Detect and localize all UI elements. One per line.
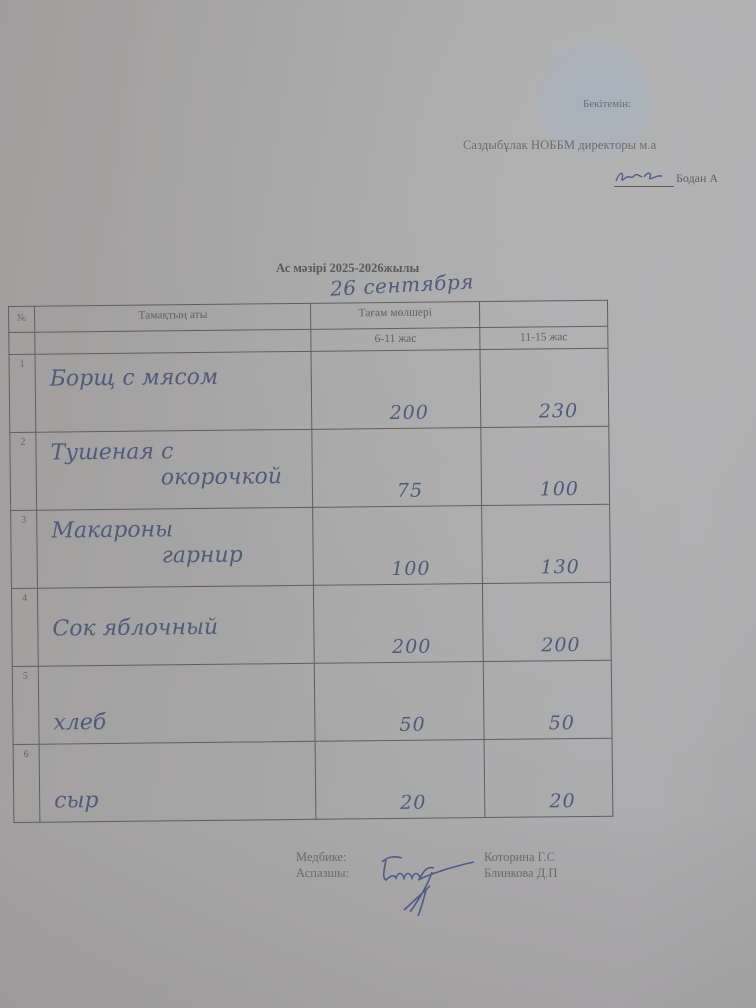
portion-6-11: 20 — [317, 791, 484, 815]
portion-11-15: 200 — [483, 634, 610, 657]
portion-6-11: 200 — [313, 401, 480, 425]
portion-11-15: 100 — [482, 478, 609, 501]
table-row: 6 сыр 20 20 — [13, 738, 613, 822]
row-number: 1 — [10, 359, 35, 370]
subheader-empty-cell — [35, 329, 312, 354]
header-age-group-2: 11-15 жас — [480, 327, 607, 349]
header-number: № — [9, 307, 34, 331]
dish-name-line1: Борщ с мясом — [50, 365, 219, 393]
header-portion: Тағам мөлшері — [311, 302, 478, 324]
header-dish-name: Тамақтың аты — [35, 304, 311, 327]
cook-name: Блинкова Д.П — [484, 866, 557, 881]
dish-name-line2: гарнир — [52, 543, 243, 571]
nurse-name: Которина Г.С — [484, 850, 555, 865]
portion-6-11: 50 — [316, 713, 483, 737]
portion-11-15: 20 — [485, 790, 612, 813]
portion-11-15: 130 — [482, 556, 609, 579]
dish-name-line1: Макароны — [51, 517, 242, 545]
table-row: 5 хлеб 50 50 — [12, 660, 612, 744]
row-number: 5 — [13, 671, 38, 682]
subheader-empty-cell — [9, 332, 35, 354]
dish-name-line1: сыр — [54, 787, 164, 814]
dish-name: Борщ с мясом — [50, 365, 219, 393]
director-signature-block: Бодан А — [612, 165, 756, 191]
dish-name-line1: Сок яблочный — [52, 615, 218, 643]
dish-name-line1: хлеб — [53, 709, 163, 736]
nurse-label: Медбике: — [296, 850, 347, 865]
dish-name: хлеб — [53, 709, 163, 736]
dish-name: Сок яблочный — [52, 615, 218, 643]
director-name: Бодан А — [676, 171, 718, 186]
portion-6-11: 200 — [315, 635, 482, 659]
director-title: Саздыбұлак НОББМ директоры м.а — [463, 138, 656, 153]
dish-name: сыр — [54, 787, 164, 814]
table-row: 1 Борщ с мясом 200 230 — [9, 348, 609, 432]
dish-name-line2: окорочкой — [51, 464, 282, 492]
portion-11-15: 50 — [484, 712, 611, 735]
dish-name-line1: Тушеная с — [50, 438, 281, 466]
signature-line — [614, 186, 674, 187]
header-number-cell: № — [9, 306, 35, 332]
portion-6-11: 75 — [313, 479, 480, 503]
cook-signature-icon — [374, 850, 494, 920]
portion-11-15: 230 — [481, 400, 608, 423]
portion-6-11: 100 — [314, 557, 481, 581]
subheader-age-2-cell: 11-15 жас — [480, 326, 608, 349]
header-dish-cell: Тамақтың аты — [35, 303, 312, 332]
row-number: 3 — [11, 515, 36, 526]
cook-label: Аспазшы: — [296, 866, 349, 881]
row-number: 4 — [12, 593, 37, 604]
approval-label: Бекітемін: — [583, 98, 631, 110]
row-number: 2 — [10, 437, 35, 448]
director-signature-icon — [612, 165, 676, 187]
table-row: 3 Макароны гарнир 100 130 — [11, 504, 611, 588]
header-age-group-1: 6-11 жас — [312, 328, 479, 351]
subheader-age-1-cell: 6-11 жас — [311, 328, 479, 352]
dish-name: Тушеная с окорочкой — [50, 438, 282, 492]
row-number: 6 — [14, 749, 39, 760]
signatures-footer: Медбике: Которина Г.С Аспазшы: Блинкова … — [296, 850, 616, 920]
header-empty-cell — [479, 300, 608, 327]
table-row: 2 Тушеная с окорочкой 75 100 — [10, 426, 610, 510]
dish-name: Макароны гарнир — [51, 517, 243, 571]
header-portion-cell: Тағам мөлшері — [311, 302, 480, 330]
table-row: 4 Сок яблочный 200 200 — [11, 582, 611, 666]
menu-table: № Тамақтың аты Тағам мөлшері 6-11 жас 11… — [8, 300, 613, 823]
